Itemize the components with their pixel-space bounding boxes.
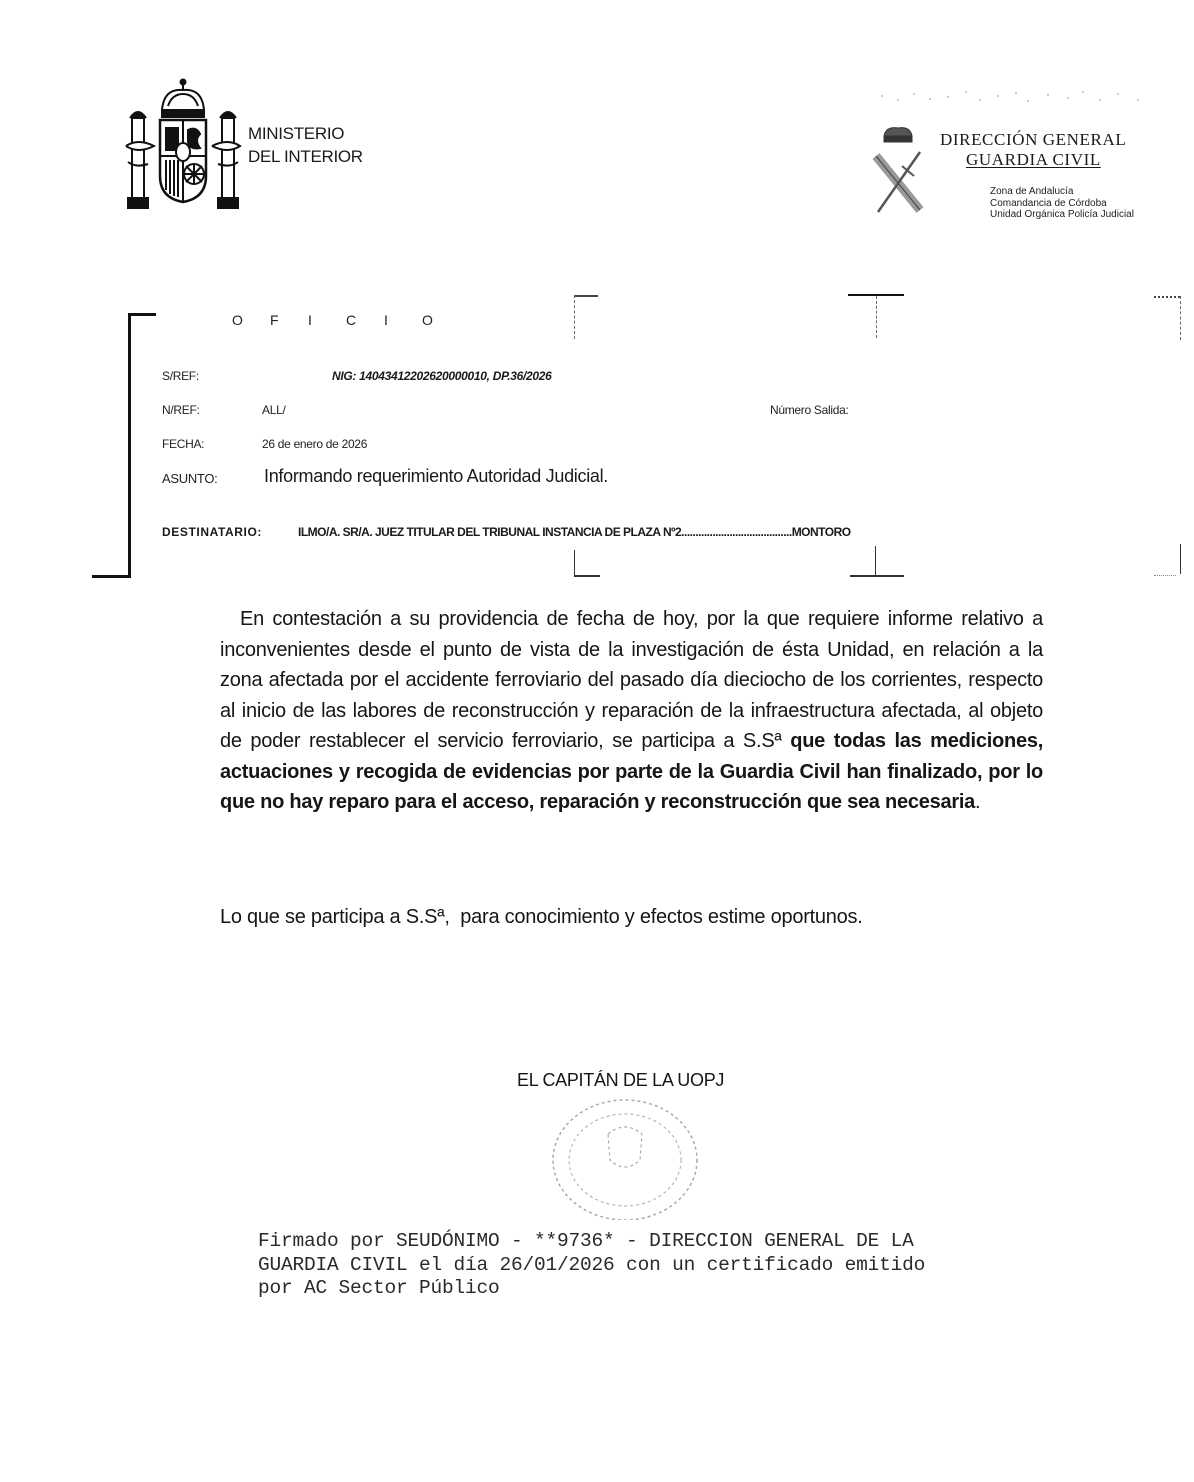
- oficio-heading: OFICIO: [232, 312, 460, 328]
- fecha-value: 26 de enero de 2026: [262, 437, 367, 451]
- spain-coat-of-arms-icon: [124, 76, 242, 218]
- official-stamp-icon: [540, 1090, 710, 1220]
- ministry-line-1: MINISTERIO: [248, 122, 363, 145]
- unit-organic: Unidad Orgánica Policía Judicial: [990, 209, 1134, 221]
- directorate-title: DIRECCIÓN GENERAL: [940, 130, 1126, 150]
- numero-salida-label: Número Salida:: [770, 403, 849, 417]
- unit-comandancia: Comandancia de Córdoba: [990, 198, 1134, 210]
- guardia-civil-title: GUARDIA CIVIL: [966, 150, 1101, 170]
- destinatario-label: DESTINATARIO:: [162, 525, 262, 539]
- closing-line: Lo que se participa a S.Sª, para conocim…: [220, 906, 863, 929]
- asunto-label: ASUNTO:: [162, 471, 217, 486]
- fecha-label: FECHA:: [162, 437, 204, 451]
- nref-value: ALL/: [262, 403, 286, 417]
- ministry-name: MINISTERIO DEL INTERIOR: [248, 122, 363, 168]
- oficio-letter: C: [346, 312, 384, 328]
- destinatario-value: ILMO/A. SR/A. JUEZ TITULAR DEL TRIBUNAL …: [298, 525, 851, 539]
- scan-noise: [878, 88, 1148, 106]
- oficio-letter: I: [384, 312, 422, 328]
- body-end: .: [975, 791, 980, 813]
- unit-info: Zona de Andalucía Comandancia de Córdoba…: [990, 186, 1134, 221]
- digital-signature-text: Firmado por SEUDÓNIMO - **9736* - DIRECC…: [258, 1230, 925, 1301]
- unit-zone: Zona de Andalucía: [990, 186, 1134, 198]
- oficio-letter: O: [422, 312, 460, 328]
- nref-label: N/REF:: [162, 403, 200, 417]
- oficio-letter: O: [232, 312, 270, 328]
- oficio-letter: I: [308, 312, 346, 328]
- signer-title: EL CAPITÁN DE LA UOPJ: [517, 1070, 724, 1091]
- body-paragraph: En contestación a su providencia de fech…: [220, 604, 1043, 818]
- sref-label: S/REF:: [162, 369, 199, 383]
- guardia-civil-emblem-icon: [872, 126, 924, 214]
- ministry-line-2: DEL INTERIOR: [248, 145, 363, 168]
- sref-value: NIG: 14043412202620000010, DP.36/2026: [332, 369, 552, 383]
- oficio-letter: F: [270, 312, 308, 328]
- asunto-value: Informando requerimiento Autoridad Judic…: [264, 466, 608, 487]
